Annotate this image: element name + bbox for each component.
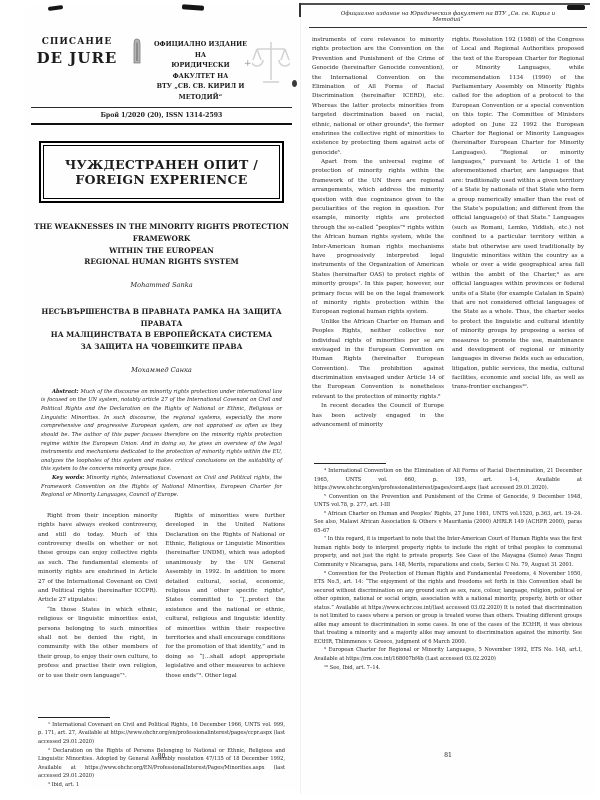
left-page-body: Right from their inception minority righ… xyxy=(38,512,285,710)
abstract-keywords: Abstract:Much of the discourse on minori… xyxy=(41,388,282,500)
body-paragraph: rights. Resolution 192 (1988) of the Con… xyxy=(452,36,584,393)
publisher-line: ВТУ „СВ. СВ. КИРИЛ И МЕТОДИЙ“ xyxy=(151,81,250,102)
left-page-column-2: Rights of minorities were further develo… xyxy=(166,512,286,710)
title-en-line: WITHIN THE EUROPEAN xyxy=(25,245,298,257)
header-rule xyxy=(31,107,292,108)
publisher-line: ОФИЦИАЛНО ИЗДАНИЕ НА xyxy=(151,39,250,60)
footnote: ⁶ African Charter on Human and Peoples’ … xyxy=(314,510,582,536)
abstract-text: Much of the discourse on minority rights… xyxy=(41,389,282,473)
journal-header: СПИСАНИЕ DE JURE ОФИЦИАЛНО ИЗДАНИЕ НА ЮР… xyxy=(35,38,292,102)
publisher-line: ЮРИДИЧЕСКИ ФАКУЛТЕТ НА xyxy=(151,60,250,81)
right-page: Официално издание на Юридическия факулте… xyxy=(300,2,595,794)
title-en-line: THE WEAKNESSES IN THE MINORITY RIGHTS PR… xyxy=(25,221,298,244)
left-page: СПИСАНИЕ DE JURE ОФИЦИАЛНО ИЗДАНИЕ НА ЮР… xyxy=(25,6,298,790)
footnote: ⁵ Convention on the Prevention and Punis… xyxy=(314,493,582,510)
registration-mark: + xyxy=(244,60,252,68)
faculty-emblem-icon xyxy=(129,38,145,64)
title-en-line: REGIONAL HUMAN RIGHTS SYSTEM xyxy=(25,256,298,268)
scan-edge-line xyxy=(301,3,590,5)
section-banner-text: ЧУЖДЕСТРАНЕН ОПИТ / FOREIGN EXPERIENCE xyxy=(43,145,280,199)
body-paragraph: Unlike the African Charter on Human and … xyxy=(312,318,444,403)
scan-smudge xyxy=(567,5,585,10)
page-number: 80 xyxy=(25,753,298,760)
header-rule-thick xyxy=(31,123,292,125)
footnote: ² Declaration on the Rights of Persons B… xyxy=(38,747,285,781)
footnote: ⁹ European Charter for Regional or Minor… xyxy=(314,646,582,663)
author-en: Mohammed Sanka xyxy=(25,281,298,289)
scanned-journal-spread: { "colors": { "ink": "#1c1c1c", "waterma… xyxy=(0,0,600,800)
keywords-paragraph: Key words:Minority rights, International… xyxy=(41,474,282,500)
running-header: Официално издание на Юридическия факулте… xyxy=(327,11,569,23)
running-header-rule xyxy=(309,27,587,28)
body-paragraph: “In those States in which ethnic, religi… xyxy=(38,606,158,681)
abstract-label: Abstract: xyxy=(52,389,79,395)
footnote: ⁷ In this regard, it is important to not… xyxy=(314,535,582,569)
body-paragraph: instruments of core relevance to minorit… xyxy=(312,36,444,158)
scan-smudge xyxy=(292,80,297,87)
scan-seam-mark xyxy=(299,3,301,17)
right-page-column-1: instruments of core relevance to minorit… xyxy=(312,36,444,456)
footnote: ⁸ Convention for the Protection of Human… xyxy=(314,570,582,647)
article-title-en: THE WEAKNESSES IN THE MINORITY RIGHTS PR… xyxy=(25,221,298,268)
title-bg-line: НЕСЪВЪРШЕНСТВА В ПРАВНАТА РАМКА НА ЗАЩИТ… xyxy=(25,306,298,329)
footnote: ¹ International Covenant on Civil and Po… xyxy=(38,721,285,747)
body-paragraph: Right from their inception minority righ… xyxy=(38,512,158,606)
footnote: ³ Ibid, art. 1 xyxy=(38,781,285,790)
journal-name: СПИСАНИЕ DE JURE xyxy=(35,38,119,66)
footnote-separator xyxy=(314,463,386,464)
journal-name-main: DE JURE xyxy=(35,50,119,67)
keywords-label: Key words: xyxy=(52,475,84,481)
publisher-block: ОФИЦИАЛНО ИЗДАНИЕ НА ЮРИДИЧЕСКИ ФАКУЛТЕТ… xyxy=(151,39,250,102)
section-banner: ЧУЖДЕСТРАНЕН ОПИТ / FOREIGN EXPERIENCE xyxy=(39,141,284,203)
body-paragraph: In recent decades the Council of Europe … xyxy=(312,402,444,430)
author-bg: Мохаммед Санка xyxy=(25,366,298,374)
footnote: ¹⁰ See, Ibid, art. 7–14. xyxy=(314,664,582,673)
title-bg-line: НА МАЛЦИНСТВАТА В ЕВРОПЕЙСКАТА СИСТЕМА xyxy=(25,329,298,341)
title-bg-line: ЗА ЗАЩИТА НА ЧОВЕШКИТЕ ПРАВА xyxy=(25,341,298,353)
abstract-paragraph: Abstract:Much of the discourse on minori… xyxy=(41,388,282,474)
article-title-bg: НЕСЪВЪРШЕНСТВА В ПРАВНАТА РАМКА НА ЗАЩИТ… xyxy=(25,306,298,353)
body-paragraph: Apart from the universal regime of prote… xyxy=(312,158,444,318)
footnote-separator xyxy=(38,717,110,718)
footnote: ⁴ International Convention on the Elimin… xyxy=(314,467,582,493)
body-paragraph: Rights of minorities were further develo… xyxy=(166,512,286,681)
right-page-body: instruments of core relevance to minorit… xyxy=(312,36,584,456)
right-page-footnotes: ⁴ International Convention on the Elimin… xyxy=(314,467,582,672)
page-number: 81 xyxy=(301,752,595,759)
left-page-column-1: Right from their inception minority righ… xyxy=(38,512,158,710)
journal-name-top: СПИСАНИЕ xyxy=(35,38,119,48)
right-page-column-2: rights. Resolution 192 (1988) of the Con… xyxy=(452,36,584,456)
scales-of-justice-watermark-icon xyxy=(250,38,292,90)
issue-issn-line: Брой 1/2020 (20), ISSN 1314-2593 xyxy=(25,112,298,119)
